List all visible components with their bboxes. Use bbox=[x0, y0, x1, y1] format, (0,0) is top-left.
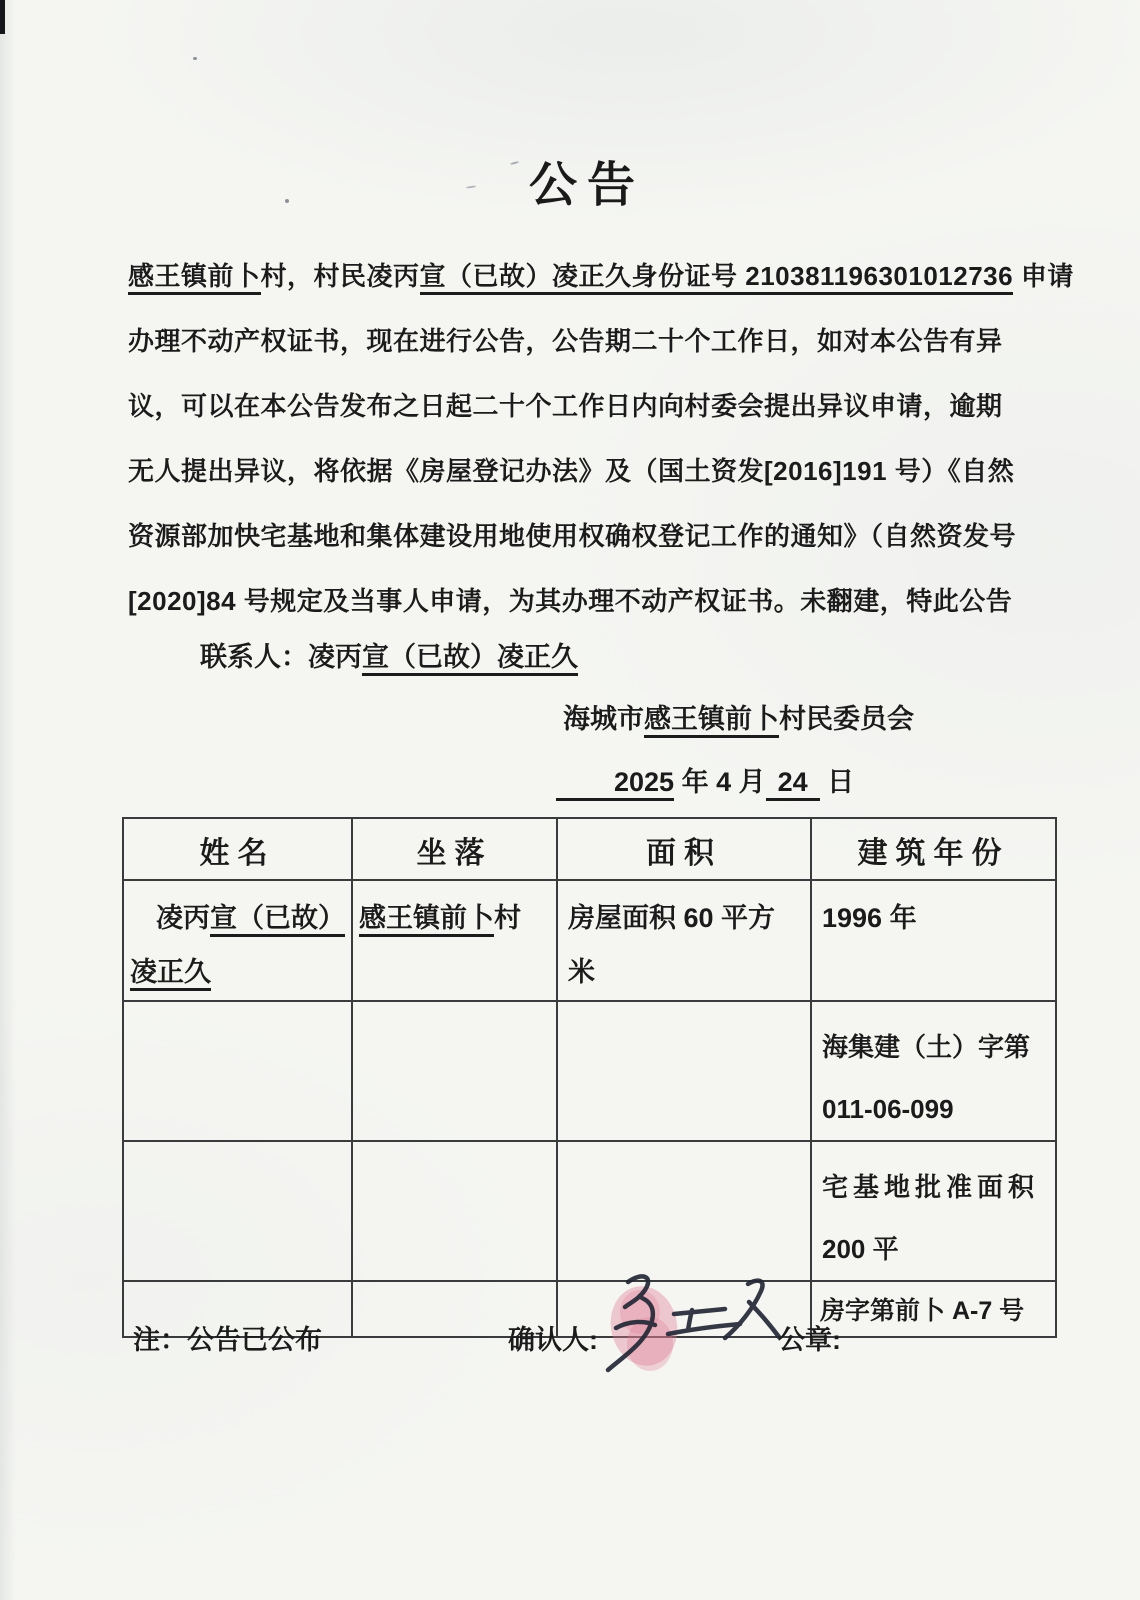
empty-cell bbox=[557, 1141, 811, 1281]
body-line-2: 办理不动产权证书，现在进行公告，公告期二十个工作日，如对本公告有异 bbox=[128, 309, 1068, 374]
notice-body-paragraph: 感王镇前卜村，村民凌丙宣（已故）凌正久身份证号 2103811963010127… bbox=[128, 244, 1068, 634]
empty-cell bbox=[123, 1001, 352, 1141]
scan-artifact-corner-mark bbox=[0, 0, 5, 34]
table-header-row: 姓名 坐落 面积 建筑年份 bbox=[123, 818, 1056, 880]
property-notice-table: 姓名 坐落 面积 建筑年份 凌丙宣（已故） 凌正久 感王镇前卜村 房屋面积 60… bbox=[122, 817, 1057, 1338]
body-line-1: 感王镇前卜村，村民凌丙宣（已故）凌正久身份证号 2103811963010127… bbox=[128, 244, 1068, 309]
table-header-build-year: 建筑年份 bbox=[811, 818, 1056, 880]
contact-person-line: 联系人：凌丙宣（已故）凌正久 bbox=[200, 625, 578, 690]
underlined-day: 24 bbox=[766, 767, 820, 801]
body-line-3: 议，可以在本公告发布之日起二十个工作日内向村委会提出异议申请，逾期 bbox=[128, 374, 1068, 439]
underlined-contact-name: 宣（已故）凌正久 bbox=[362, 642, 578, 676]
location-cell: 感王镇前卜村 bbox=[352, 880, 557, 1001]
table-header-area: 面积 bbox=[557, 818, 811, 880]
empty-cell bbox=[352, 1141, 557, 1281]
empty-cell bbox=[352, 1001, 557, 1141]
table-header-location: 坐落 bbox=[352, 818, 557, 880]
committee-signature-line: 海城市感王镇前卜村民委员会 bbox=[563, 687, 914, 752]
table-row-owner: 凌丙宣（已故） 凌正久 感王镇前卜村 房屋面积 60 平方 米 1996 年 bbox=[123, 880, 1056, 1001]
official-seal-label: 公章: bbox=[778, 1318, 841, 1357]
underlined-village-name: 感王镇前卜 bbox=[128, 261, 261, 295]
scan-artifact-speck bbox=[193, 57, 197, 60]
build-year-cell: 1996 年 bbox=[811, 880, 1056, 1001]
underlined-town-name: 感王镇前卜 bbox=[644, 704, 779, 738]
house-number-cell: 房字第前卜 A-7 号 bbox=[811, 1281, 1056, 1337]
table-row-approved-area: 宅基地批准面积 200 平 bbox=[123, 1141, 1056, 1281]
body-line-5: 资源部加快宅基地和集体建设用地使用权确权登记工作的通知》（自然资发号 bbox=[128, 504, 1068, 569]
table-header-name: 姓名 bbox=[123, 818, 352, 880]
footer-note: 注：公告已公布 bbox=[133, 1318, 322, 1357]
body-line-4: 无人提出异议，将依据《房屋登记办法》及（国土资发[2016]191 号）《自然 bbox=[128, 439, 1068, 504]
underlined-year: 2025 bbox=[556, 767, 674, 801]
approved-area-cell: 宅基地批准面积 200 平 bbox=[811, 1141, 1056, 1281]
land-cert-number-cell: 海集建（土）字第 011-06-099 bbox=[811, 1001, 1056, 1141]
table-row-cert-number: 海集建（土）字第 011-06-099 bbox=[123, 1001, 1056, 1141]
empty-cell bbox=[123, 1141, 352, 1281]
underlined-owner-id: 宣（已故）凌正久身份证号 210381196301012736 bbox=[420, 261, 1014, 295]
notice-title: 公告 bbox=[0, 146, 1140, 215]
notice-date-line: 2025 年 4 月24 日 bbox=[556, 750, 854, 815]
signature-handwriting: 凌正久 bbox=[598, 1268, 783, 1386]
confirm-person-label: 确认人: bbox=[508, 1318, 598, 1357]
empty-cell bbox=[557, 1001, 811, 1141]
owner-name-cell: 凌丙宣（已故） 凌正久 bbox=[123, 880, 352, 1001]
house-area-cell: 房屋面积 60 平方 米 bbox=[557, 880, 811, 1001]
signature-strokes-graphic bbox=[598, 1268, 783, 1386]
scanned-notice-page: 公告 感王镇前卜村，村民凌丙宣（已故）凌正久身份证号 2103811963010… bbox=[0, 0, 1140, 1600]
